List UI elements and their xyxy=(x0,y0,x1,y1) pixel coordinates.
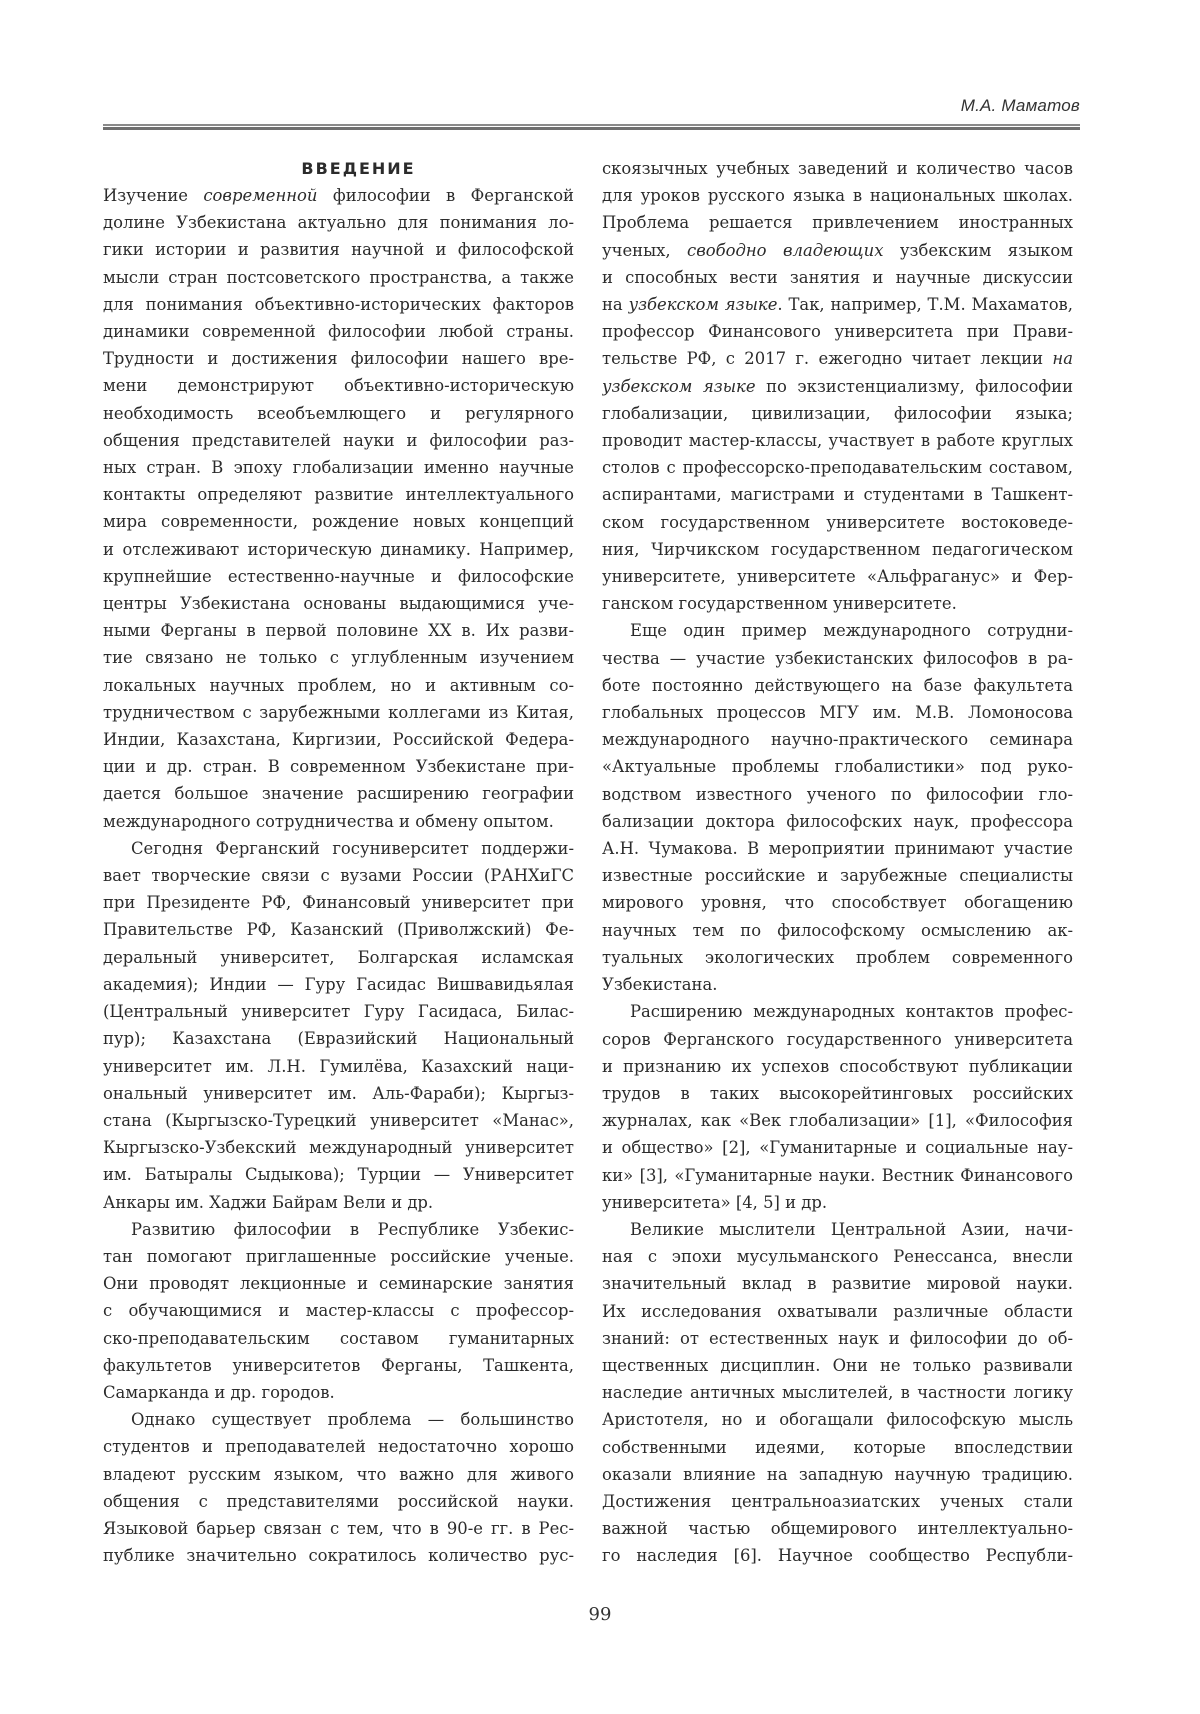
text-line: им. Батыралы Сыдыкова); Турции — Универс… xyxy=(103,1161,574,1188)
text-line: оказали влияние на западную научную трад… xyxy=(602,1461,1073,1488)
text-line: ными Ферганы в первой половине XX в. Их … xyxy=(103,617,574,644)
right-column-text: скоязычных учебных заведений и количеств… xyxy=(602,155,1073,1570)
text-line: аспирантами, магистрами и студентами в Т… xyxy=(602,481,1073,508)
text-line: и общество» [2], «Гуманитарные и социаль… xyxy=(602,1134,1073,1161)
text-line: узбекском языке по экзистенциализму, фил… xyxy=(602,373,1073,400)
text-line: собственными идеями, которые впоследстви… xyxy=(602,1434,1073,1461)
italic-emphasis: узбекском языке xyxy=(629,295,778,314)
text-line: Развитию философии в Республике Узбекис- xyxy=(103,1216,574,1243)
text-line: Анкары им. Хаджи Байрам Вели и др. xyxy=(103,1189,574,1216)
text-line: для понимания объективно-исторических фа… xyxy=(103,291,574,318)
text-line: водством известного ученого по философии… xyxy=(602,781,1073,808)
text-line: щественных дисциплин. Они не только разв… xyxy=(602,1352,1073,1379)
text-line: дается большое значение расширению геогр… xyxy=(103,780,574,807)
header-rule-thick xyxy=(103,127,1080,130)
text-line: профессор Финансового университета при П… xyxy=(602,318,1073,345)
text-line: го наследия [6]. Научное сообщество Респ… xyxy=(602,1542,1073,1569)
text-line: глобализации, цивилизации, философии язы… xyxy=(602,400,1073,427)
text-line: ском государственном университете восток… xyxy=(602,509,1073,536)
text-line: Языковой барьер связан с тем, что в 90-е… xyxy=(103,1515,574,1542)
text-line: боте постоянно действующего на базе факу… xyxy=(602,672,1073,699)
text-line: локальных научных проблем, но и активным… xyxy=(103,672,574,699)
text-line: значительный вклад в развитие мировой на… xyxy=(602,1270,1073,1297)
text-line: университет им. Л.Н. Гумилёва, Казахский… xyxy=(103,1053,574,1080)
text-line: Трудности и достижения философии нашего … xyxy=(103,345,574,372)
text-line: тие связано не только с углубленным изуч… xyxy=(103,644,574,671)
text-line: гики истории и развития научной и филосо… xyxy=(103,236,574,263)
text-line: Однако существует проблема — большинство xyxy=(103,1406,574,1433)
text-line: столов с профессорско-преподавательским … xyxy=(602,454,1073,481)
text-line: контакты определяют развитие интеллектуа… xyxy=(103,481,574,508)
text-line: журналах, как «Век глобализации» [1], «Ф… xyxy=(602,1107,1073,1134)
text-line: долине Узбекистана актуально для пониман… xyxy=(103,209,574,236)
text-line: Изучение современной философии в Ферганс… xyxy=(103,182,574,209)
text-line: при Президенте РФ, Финансовый университе… xyxy=(103,889,574,916)
text-line: ганском государственном университете. xyxy=(602,590,1073,617)
text-line: и способных вести занятия и научные диск… xyxy=(602,264,1073,291)
text-line: тельстве РФ, с 2017 г. ежегодно читает л… xyxy=(602,345,1073,372)
text-line: чества — участие узбекистанских философо… xyxy=(602,645,1073,672)
text-line: с обучающимися и мастер-классы с професс… xyxy=(103,1297,574,1324)
right-column: скоязычных учебных заведений и количеств… xyxy=(602,155,1073,1570)
text-line: Их исследования охватывали различные обл… xyxy=(602,1298,1073,1325)
text-line: и отслеживают историческую динамику. Нап… xyxy=(103,536,574,563)
italic-emphasis: на xyxy=(1052,349,1073,368)
text-line: факультетов университетов Ферганы, Ташке… xyxy=(103,1352,574,1379)
text-line: Индии, Казахстана, Киргизии, Российской … xyxy=(103,726,574,753)
text-line: для уроков русского языка в национальных… xyxy=(602,182,1073,209)
text-line: Достижения центральноазиатских ученых ст… xyxy=(602,1488,1073,1515)
text-line: общения с представителями российской нау… xyxy=(103,1488,574,1515)
text-line: необходимость всеобъемлющего и регулярно… xyxy=(103,400,574,427)
text-line: ки» [3], «Гуманитарные науки. Вестник Фи… xyxy=(602,1162,1073,1189)
text-line: важной частью общемирового интеллектуаль… xyxy=(602,1515,1073,1542)
text-line: знаний: от естественных наук и философии… xyxy=(602,1325,1073,1352)
text-line: трудов в таких высокорейтинговых российс… xyxy=(602,1080,1073,1107)
text-line: мысли стран постсоветского пространства,… xyxy=(103,264,574,291)
text-line: динамики современной философии любой стр… xyxy=(103,318,574,345)
text-line: проводит мастер-классы, участвует в рабо… xyxy=(602,427,1073,454)
text-line: центры Узбекистана основаны выдающимися … xyxy=(103,590,574,617)
text-line: ная с эпохи мусульманского Ренессанса, в… xyxy=(602,1243,1073,1270)
text-line: соров Ферганского государственного униве… xyxy=(602,1026,1073,1053)
text-line: тан помогают приглашенные российские уче… xyxy=(103,1243,574,1270)
text-line: университета» [4, 5] и др. xyxy=(602,1189,1073,1216)
text-line: академия); Индии — Гуру Гасидас Вишвавид… xyxy=(103,971,574,998)
italic-emphasis: современной xyxy=(203,186,317,205)
text-line: бализации доктора философских наук, проф… xyxy=(602,808,1073,835)
text-line: международного сотрудничества и обмену о… xyxy=(103,808,574,835)
text-line: пур); Казахстана (Евразийский Национальн… xyxy=(103,1025,574,1052)
text-line: владеют русским языком, что важно для жи… xyxy=(103,1461,574,1488)
text-line: мирового уровня, что способствует обогащ… xyxy=(602,889,1073,916)
text-line: (Центральный университет Гуру Гасидаса, … xyxy=(103,998,574,1025)
text-line: Великие мыслители Центральной Азии, начи… xyxy=(602,1216,1073,1243)
text-line: Кыргызско-Узбекский международный универ… xyxy=(103,1134,574,1161)
text-line: «Актуальные проблемы глобалистики» под р… xyxy=(602,753,1073,780)
text-line: международного научно-практического семи… xyxy=(602,726,1073,753)
text-line: Сегодня Ферганский госуниверситет поддер… xyxy=(103,835,574,862)
text-line: Проблема решается привлечением иностранн… xyxy=(602,209,1073,236)
text-line: наследие античных мыслителей, в частност… xyxy=(602,1379,1073,1406)
text-line: деральный университет, Болгарская исламс… xyxy=(103,944,574,971)
text-line: известные российские и зарубежные специа… xyxy=(602,862,1073,889)
text-line: Расширению международных контактов профе… xyxy=(602,998,1073,1025)
text-line: стана (Кыргызско-Турецкий университет «М… xyxy=(103,1107,574,1134)
italic-emphasis: узбекском языке xyxy=(602,377,756,396)
text-line: туальных экологических проблем современн… xyxy=(602,944,1073,971)
text-line: ско-преподавательским составом гуманитар… xyxy=(103,1325,574,1352)
text-line: студентов и преподавателей недостаточно … xyxy=(103,1433,574,1460)
section-title: ВВЕДЕНИЕ xyxy=(103,155,574,182)
page-number: 99 xyxy=(0,1604,1200,1625)
text-line: ональный университет им. Аль-Фараби); Кы… xyxy=(103,1080,574,1107)
text-line: мира современности, рождение новых конце… xyxy=(103,508,574,535)
text-line: и признанию их успехов способствуют публ… xyxy=(602,1053,1073,1080)
text-line: ученых, свободно владеющих узбекским язы… xyxy=(602,237,1073,264)
text-line: общения представителей науки и философии… xyxy=(103,427,574,454)
left-column-text: Изучение современной философии в Ферганс… xyxy=(103,182,574,1569)
text-line: на узбекском языке. Так, например, Т.М. … xyxy=(602,291,1073,318)
text-line: университете, университете «Альфраганус»… xyxy=(602,563,1073,590)
text-line: публике значительно сократилось количест… xyxy=(103,1542,574,1569)
text-line: Они проводят лекционные и семинарские за… xyxy=(103,1270,574,1297)
text-line: ных стран. В эпоху глобализации именно н… xyxy=(103,454,574,481)
left-column: ВВЕДЕНИЕ Изучение современной философии … xyxy=(103,155,574,1569)
text-line: трудничеством с зарубежными коллегами из… xyxy=(103,699,574,726)
text-line: ния, Чирчикском государственном педагоги… xyxy=(602,536,1073,563)
italic-emphasis: свободно владеющих xyxy=(687,241,883,260)
document-page: М.А. Маматов ВВЕДЕНИЕ Изучение современн… xyxy=(0,0,1200,1714)
text-line: ции и др. стран. В современном Узбекиста… xyxy=(103,753,574,780)
text-line: глобальных процессов МГУ им. М.В. Ломоно… xyxy=(602,699,1073,726)
text-line: Аристотеля, но и обогащали философскую м… xyxy=(602,1406,1073,1433)
text-line: крупнейшие естественно-научные и философ… xyxy=(103,563,574,590)
text-line: А.Н. Чумакова. В мероприятии принимают у… xyxy=(602,835,1073,862)
header-rule-thin xyxy=(103,124,1080,126)
text-line: мени демонстрируют объективно-историческ… xyxy=(103,372,574,399)
text-line: Еще один пример международного сотрудни- xyxy=(602,617,1073,644)
text-line: Самарканда и др. городов. xyxy=(103,1379,574,1406)
text-line: вает творческие связи с вузами России (Р… xyxy=(103,862,574,889)
running-head-author: М.А. Маматов xyxy=(961,96,1080,116)
text-line: скоязычных учебных заведений и количеств… xyxy=(602,155,1073,182)
text-line: Узбекистана. xyxy=(602,971,1073,998)
text-line: Правительстве РФ, Казанский (Приволжский… xyxy=(103,916,574,943)
text-line: научных тем по философскому осмыслению а… xyxy=(602,917,1073,944)
